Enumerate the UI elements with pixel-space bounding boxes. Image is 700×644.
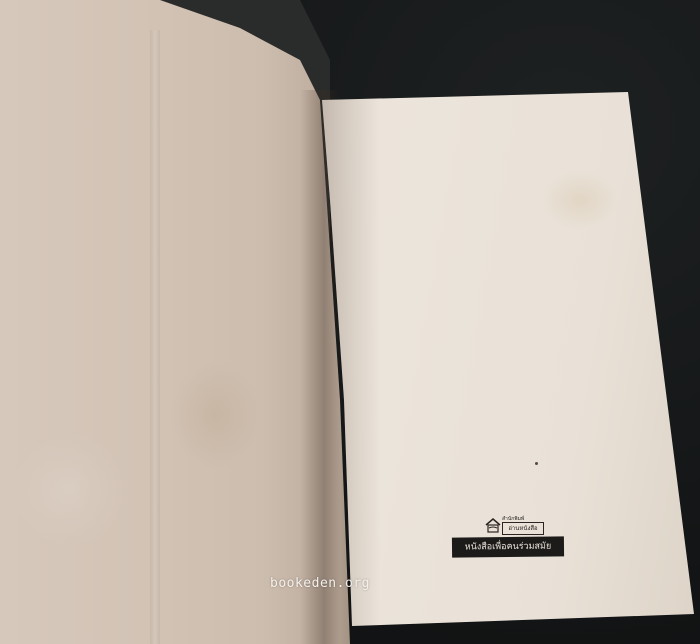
watermark-text: bookeden.org: [270, 576, 370, 591]
ink-speck: [535, 462, 538, 465]
page-stain: [170, 360, 260, 470]
page-glare: [10, 430, 130, 550]
page-fold-crease: [150, 30, 160, 644]
publisher-tagline-banner: หนังสือเพื่อคนร่วมสมัย: [452, 536, 564, 557]
left-page: [0, 0, 350, 644]
publisher-logo: สำนักพิมพ์ อ่านหนังสือ: [484, 514, 546, 536]
page-stain: [540, 170, 620, 230]
book-house-icon: [484, 516, 502, 534]
publisher-logo-name: อ่านหนังสือ: [502, 522, 544, 535]
photo-background: สำนักพิมพ์ อ่านหนังสือ หนังสือเพื่อคนร่ว…: [0, 0, 700, 644]
